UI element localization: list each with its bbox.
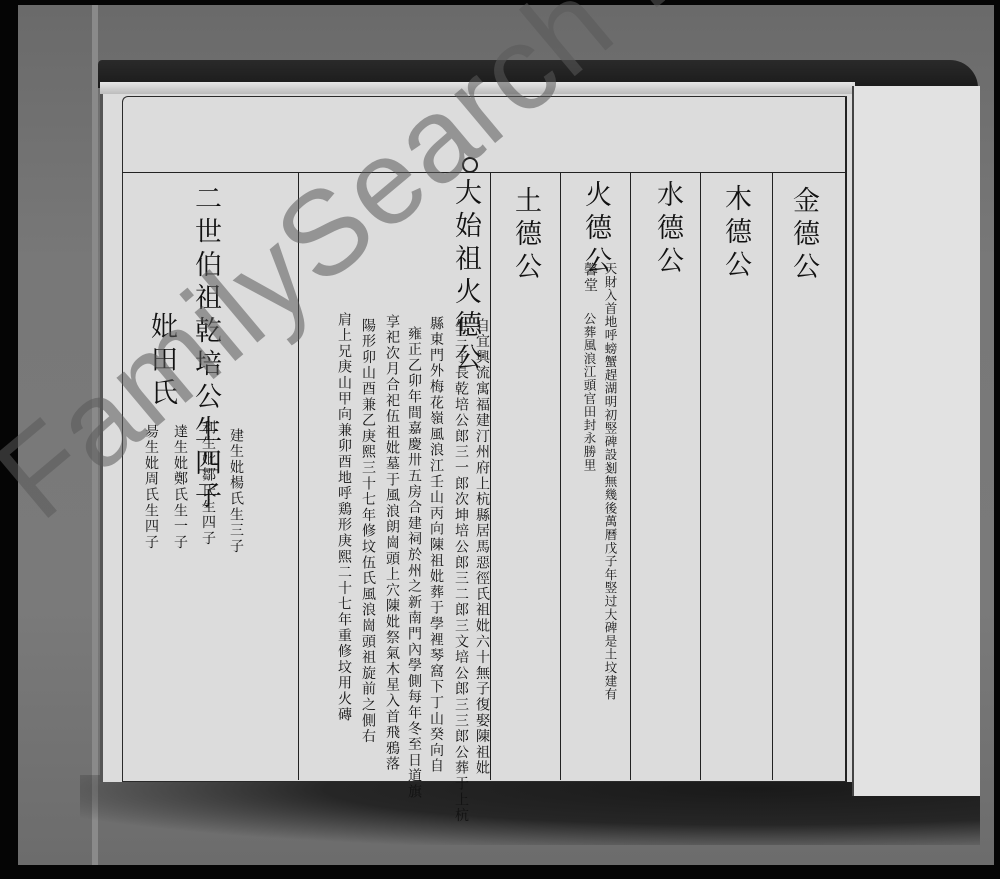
- column-divider: [490, 172, 491, 780]
- son-entry: 利生妣鄒氏生四子: [200, 420, 216, 546]
- founder-line: 陽形卯山酉兼乙庚熙三十七年修坟伍氏風浪崗頭祖旋前之側右: [360, 318, 376, 745]
- founder-line: 雍正乙卯年間嘉慶卅五房合建祠於州之新南門內學側每年冬至日道旗: [406, 326, 422, 800]
- huo-note-location: 公葬風浪江頭官田封永勝里: [582, 312, 596, 472]
- founder-line: 縣東門外梅花嶺風浪江壬山丙向陳祖妣葬于學裡琴窩下丁山癸向自: [428, 316, 444, 774]
- column-divider: [630, 172, 631, 780]
- column-title-jin: 金德公: [788, 186, 818, 285]
- huo-note-burial: 天財入首地呼螃蟹趕湖明初竪碑設剗無幾後萬曆戊子年竪过大碑是土坟建有: [603, 262, 617, 701]
- son-entry: 建生妣楊氏生三子: [228, 428, 244, 554]
- column-title-mu: 木德公: [720, 184, 750, 283]
- page-top-edge: [100, 82, 852, 94]
- founder-line: 享祀次月合祀伍祖妣墓于風浪朗崗頭上穴陳妣祭氣木星入首飛鴉落: [384, 314, 400, 772]
- founder-line: 肩上兄庚山甲向兼卯酉地呼鶏形庚熙二十七年重修坟用火磚: [336, 312, 352, 723]
- column-divider: [560, 172, 561, 780]
- column-title-shui: 水德公: [652, 180, 682, 279]
- film-strip-edge: [92, 5, 98, 865]
- founder-line: 自宜興流寓福建汀州府上杭縣居馬惡徑氏祖妣六十無子復娶陳祖妣: [474, 318, 490, 776]
- huo-note-hall: 馨堂: [582, 262, 598, 294]
- section-marker-circle-icon: [462, 157, 478, 173]
- header-rule: [122, 172, 846, 173]
- son-entry: 昜生妣周氏生四子: [143, 424, 159, 550]
- son-entry: 達生妣鄭氏生一子: [172, 424, 188, 550]
- book-bottom-shadow: [80, 775, 980, 845]
- column-divider: [700, 172, 701, 780]
- column-divider: [772, 172, 773, 780]
- founder-line: 生三子長乾培公郎三一郎次坤培公郎三二郎三文培公郎三三郎公葬于上杭: [453, 318, 469, 824]
- second-generation-wife: 妣田氏: [146, 312, 176, 411]
- column-divider: [298, 172, 299, 780]
- facing-page-edge: [852, 86, 980, 796]
- column-title-tu: 土德公: [510, 186, 540, 285]
